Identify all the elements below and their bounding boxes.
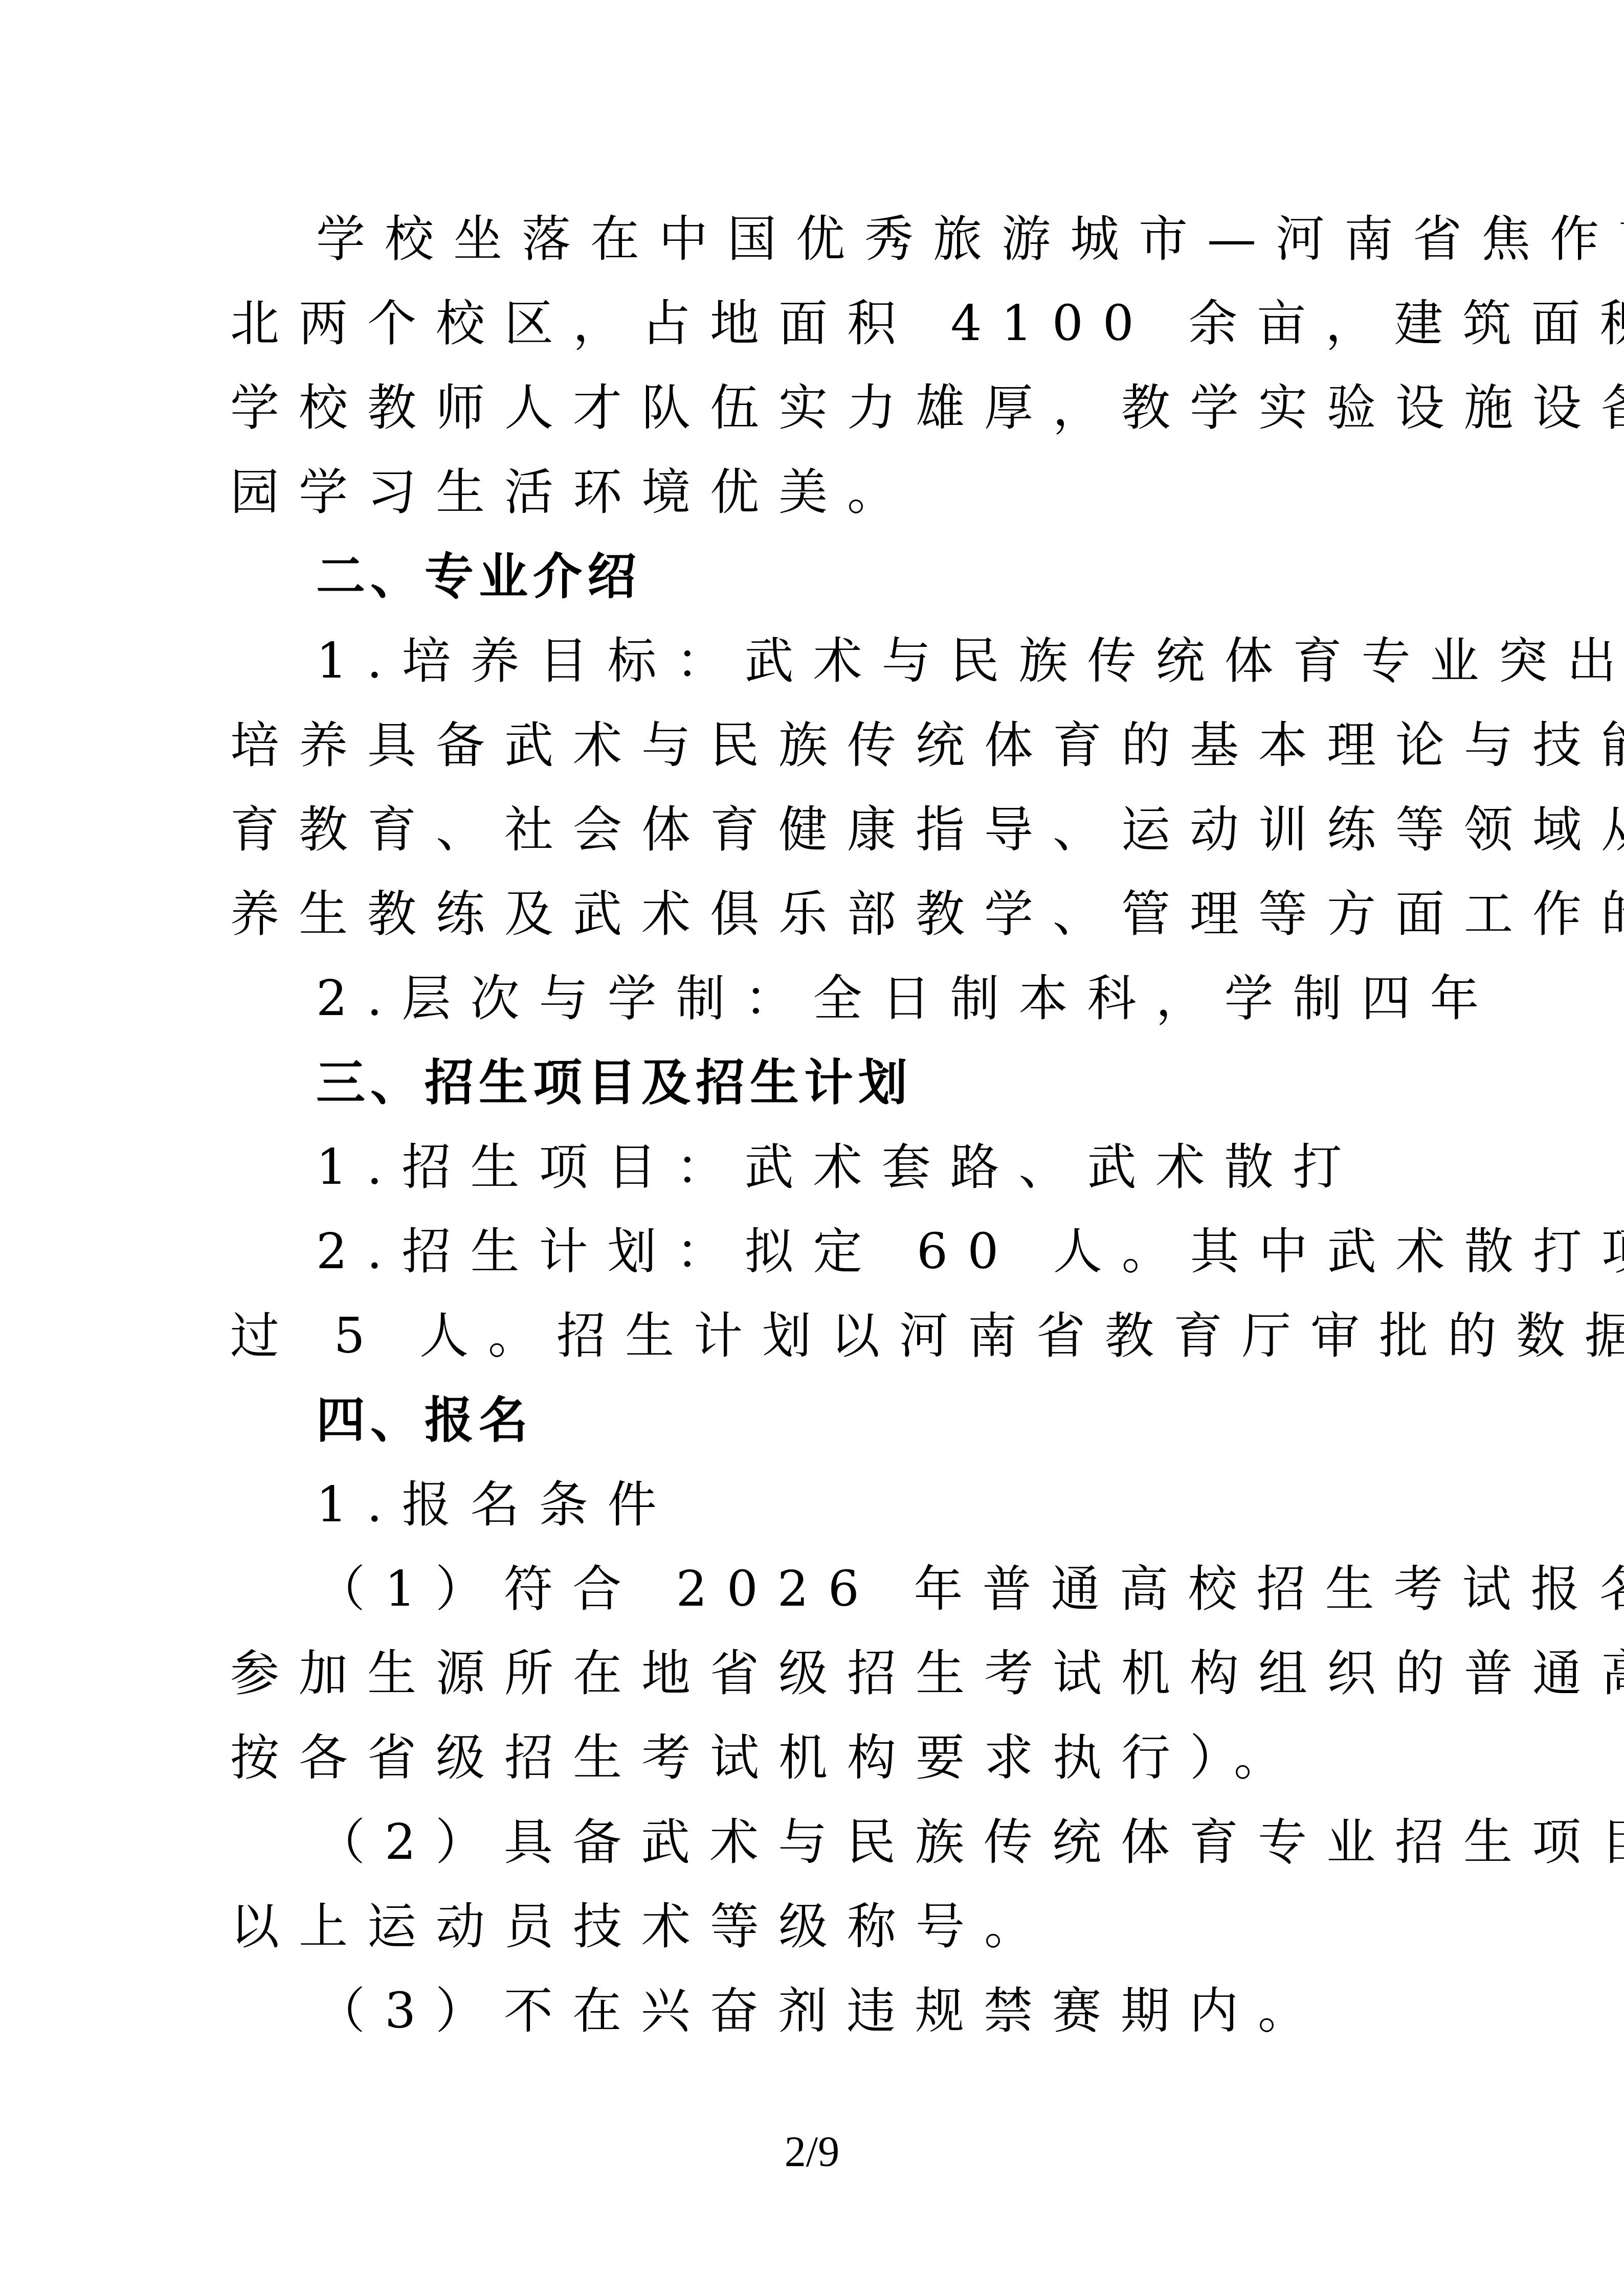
paragraph-line: 养生教练及武术俱乐部教学、管理等方面工作的应用型人才。 bbox=[230, 872, 1412, 956]
section-heading: 三、招生项目及招生计划 bbox=[316, 1041, 1411, 1125]
paragraph-line: （2）具备武术与民族传统体育专业招生项目的二级（含） bbox=[316, 1800, 1411, 1884]
paragraph-line: 以上运动员技术等级称号。 bbox=[230, 1884, 1412, 1969]
paragraph-line: 1.招生项目：武术套路、武术散打 bbox=[316, 1125, 1411, 1209]
page-number: 2/9 bbox=[0, 2127, 1624, 2177]
paragraph-line: 参加生源所在地省级招生考试机构组织的普通高考报名（具体 bbox=[230, 1631, 1412, 1716]
paragraph-line: 学校坐落在中国优秀旅游城市—河南省焦作市。现有南、 bbox=[316, 197, 1411, 281]
paragraph-line: （1）符合 2026 年普通高校招生考试报名条件，且必须已 bbox=[316, 1547, 1411, 1631]
paragraph-line: 北两个校区，占地面积 4100 余亩，建筑面积 160 余万平方米。 bbox=[230, 281, 1412, 366]
paragraph-line: 育教育、社会体育健康指导、运动训练等领域从事教师、太极 bbox=[230, 787, 1412, 872]
paragraph-line: 过 5 人。招生计划以河南省教育厅审批的数据为准。 bbox=[230, 1294, 1412, 1378]
paragraph-line: （3）不在兴奋剂违规禁赛期内。 bbox=[316, 1969, 1411, 2053]
paragraph-line: 学校教师人才队伍实力雄厚，教学实验设施设备先进齐全，校 bbox=[230, 366, 1412, 450]
paragraph-line: 1.培养目标：武术与民族传统体育专业突出太极拳特色， bbox=[316, 619, 1411, 703]
paragraph-line: 2.层次与学制：全日制本科，学制四年 bbox=[316, 956, 1411, 1041]
paragraph-line: 按各省级招生考试机构要求执行）。 bbox=[230, 1716, 1412, 1800]
section-heading: 二、专业介绍 bbox=[316, 534, 1411, 619]
paragraph-line: 1.报名条件 bbox=[316, 1462, 1411, 1547]
section-heading: 四、报名 bbox=[316, 1378, 1411, 1462]
paragraph-line: 培养具备武术与民族传统体育的基本理论与技能，能在学校体 bbox=[230, 703, 1412, 787]
document-page: 学校坐落在中国优秀旅游城市—河南省焦作市。现有南、 北两个校区，占地面积 410… bbox=[0, 0, 1624, 2296]
paragraph-line: 园学习生活环境优美。 bbox=[230, 450, 1412, 534]
paragraph-line: 2.招生计划：拟定 60 人。其中武术散打项目招生人数不超 bbox=[316, 1209, 1411, 1294]
